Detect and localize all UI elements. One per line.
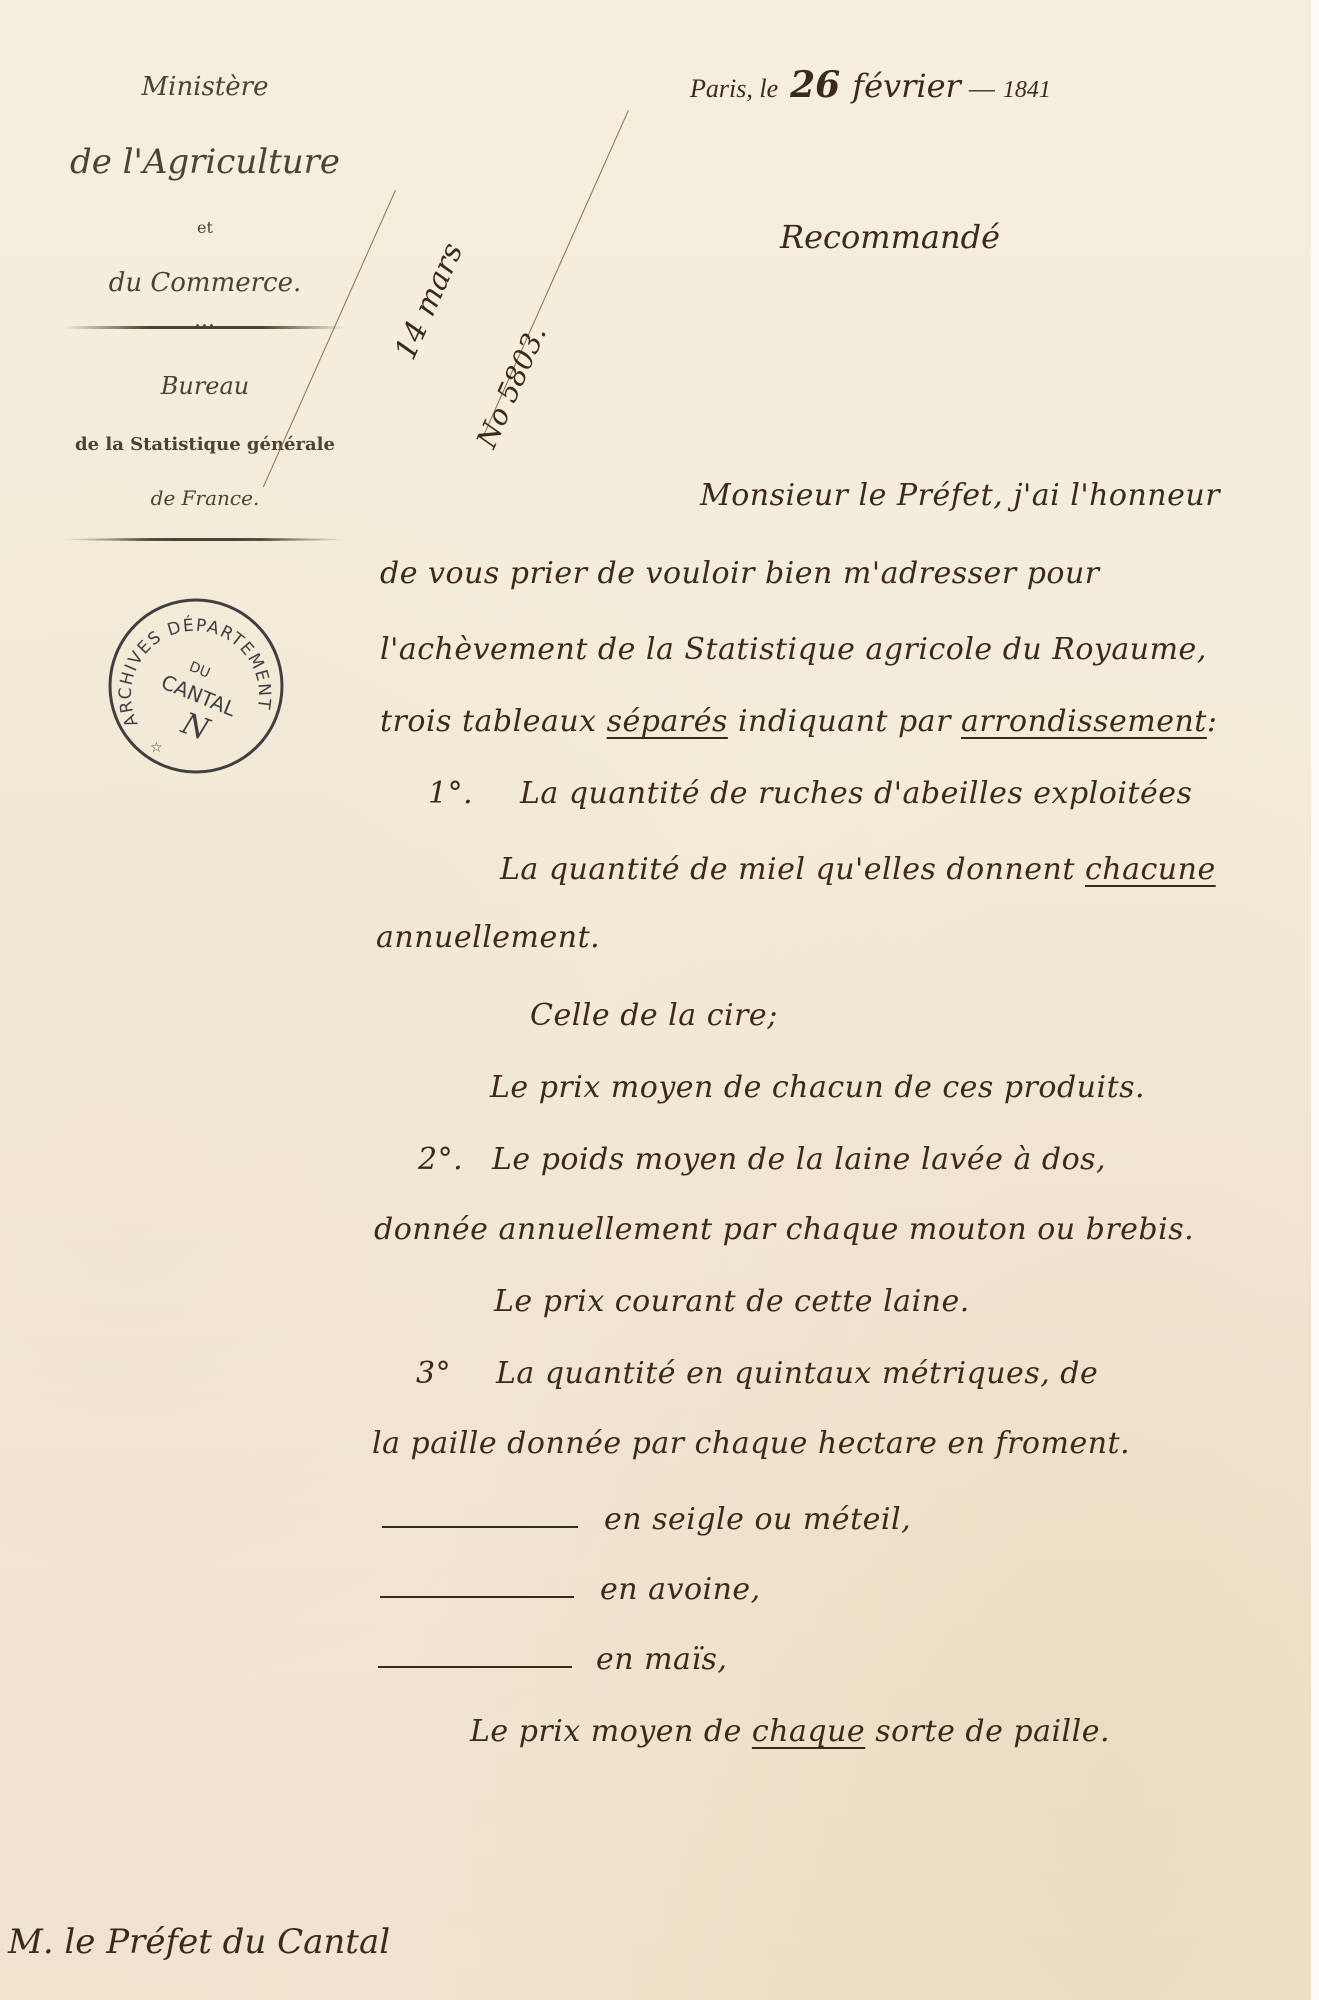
item-2-line-b: donnée annuellement par chaque mouton ou…: [374, 1212, 1194, 1247]
letterhead-france: de France.: [60, 486, 350, 510]
star-icon: ☆: [150, 740, 163, 756]
letterhead-ornament: •••: [186, 322, 224, 332]
dateline-month: février: [852, 67, 961, 105]
item-3-line-a: La quantité en quintaux métriques, de: [496, 1356, 1098, 1391]
item-3-line-f: Le prix moyen de chaque sorte de paille.: [470, 1714, 1110, 1749]
ditto-rule-1: [382, 1526, 578, 1528]
text-indiquant-par: indiquant par: [738, 704, 951, 739]
item-3-line-d: en avoine,: [600, 1572, 761, 1607]
dateline: Paris, le26février—1841: [690, 64, 1051, 106]
item-1-line-c: annuellement.: [376, 920, 600, 955]
item-3-line-b: la paille donnée par chaque hectare en f…: [372, 1426, 1130, 1461]
item-3-line-c: en seigle ou méteil,: [604, 1502, 911, 1537]
letterhead-agriculture: de l'Agriculture: [60, 142, 350, 182]
dateline-dash: —: [969, 74, 995, 103]
stamp-du: DU: [187, 659, 212, 682]
letterhead-divider-bottom: [64, 538, 346, 541]
letterhead-statistique: de la Statistique générale: [60, 434, 350, 455]
text-prix-moyen: Le prix moyen de: [470, 1714, 742, 1749]
text-quantite-miel: La quantité de miel qu'elles donnent: [500, 852, 1075, 887]
item-3-number: 3°: [416, 1356, 451, 1391]
item-1-line-b: La quantité de miel qu'elles donnent cha…: [500, 852, 1216, 887]
text-arrondissement: arrondissement: [961, 704, 1207, 739]
letterhead-et: et: [60, 218, 350, 237]
item-2-number: 2°.: [418, 1142, 463, 1177]
body-line-4: trois tableaux séparés indiquant par arr…: [380, 704, 1217, 739]
text-chacune: chacune: [1085, 852, 1216, 887]
text-trois-tableaux: trois tableaux: [380, 704, 597, 739]
item-2-line-c: Le prix courant de cette laine.: [494, 1284, 970, 1319]
archive-stamp: ARCHIVES DÉPARTEMENTALES DU CANTAL N ☆: [106, 596, 286, 776]
item-1-line-e: Le prix moyen de chacun de ces produits.: [490, 1070, 1145, 1105]
letterhead-commerce: du Commerce.: [60, 268, 350, 298]
scan-edge: [1311, 0, 1319, 2000]
text-colon: :: [1207, 704, 1218, 739]
letterhead-ministere: Ministère: [60, 72, 350, 102]
recommande-annotation: Recommandé: [780, 218, 1000, 256]
ditto-rule-3: [378, 1666, 572, 1668]
body-line-1: Monsieur le Préfet, j'ai l'honneur: [700, 478, 1220, 513]
dateline-day: 26: [790, 64, 840, 106]
body-line-3: l'achèvement de la Statistique agricole …: [380, 632, 1207, 667]
item-2-line-a: Le poids moyen de la laine lavée à dos,: [492, 1142, 1106, 1177]
item-1-line-a: La quantité de ruches d'abeilles exploit…: [520, 776, 1192, 811]
dateline-place: Paris, le: [690, 74, 778, 103]
dateline-year: 1841: [1003, 77, 1051, 103]
text-separes: séparés: [607, 704, 728, 739]
addressee: M. le Préfet du Cantal: [8, 1922, 390, 1962]
item-3-line-e: en maïs,: [596, 1642, 727, 1677]
text-sorte-de-paille: sorte de paille.: [875, 1714, 1110, 1749]
item-1-line-d: Celle de la cire;: [530, 998, 778, 1033]
ditto-rule-2: [380, 1596, 574, 1598]
text-chaque: chaque: [752, 1714, 865, 1749]
item-1-number: 1°.: [428, 776, 473, 811]
body-line-2: de vous prier de vouloir bien m'adresser…: [380, 556, 1100, 591]
